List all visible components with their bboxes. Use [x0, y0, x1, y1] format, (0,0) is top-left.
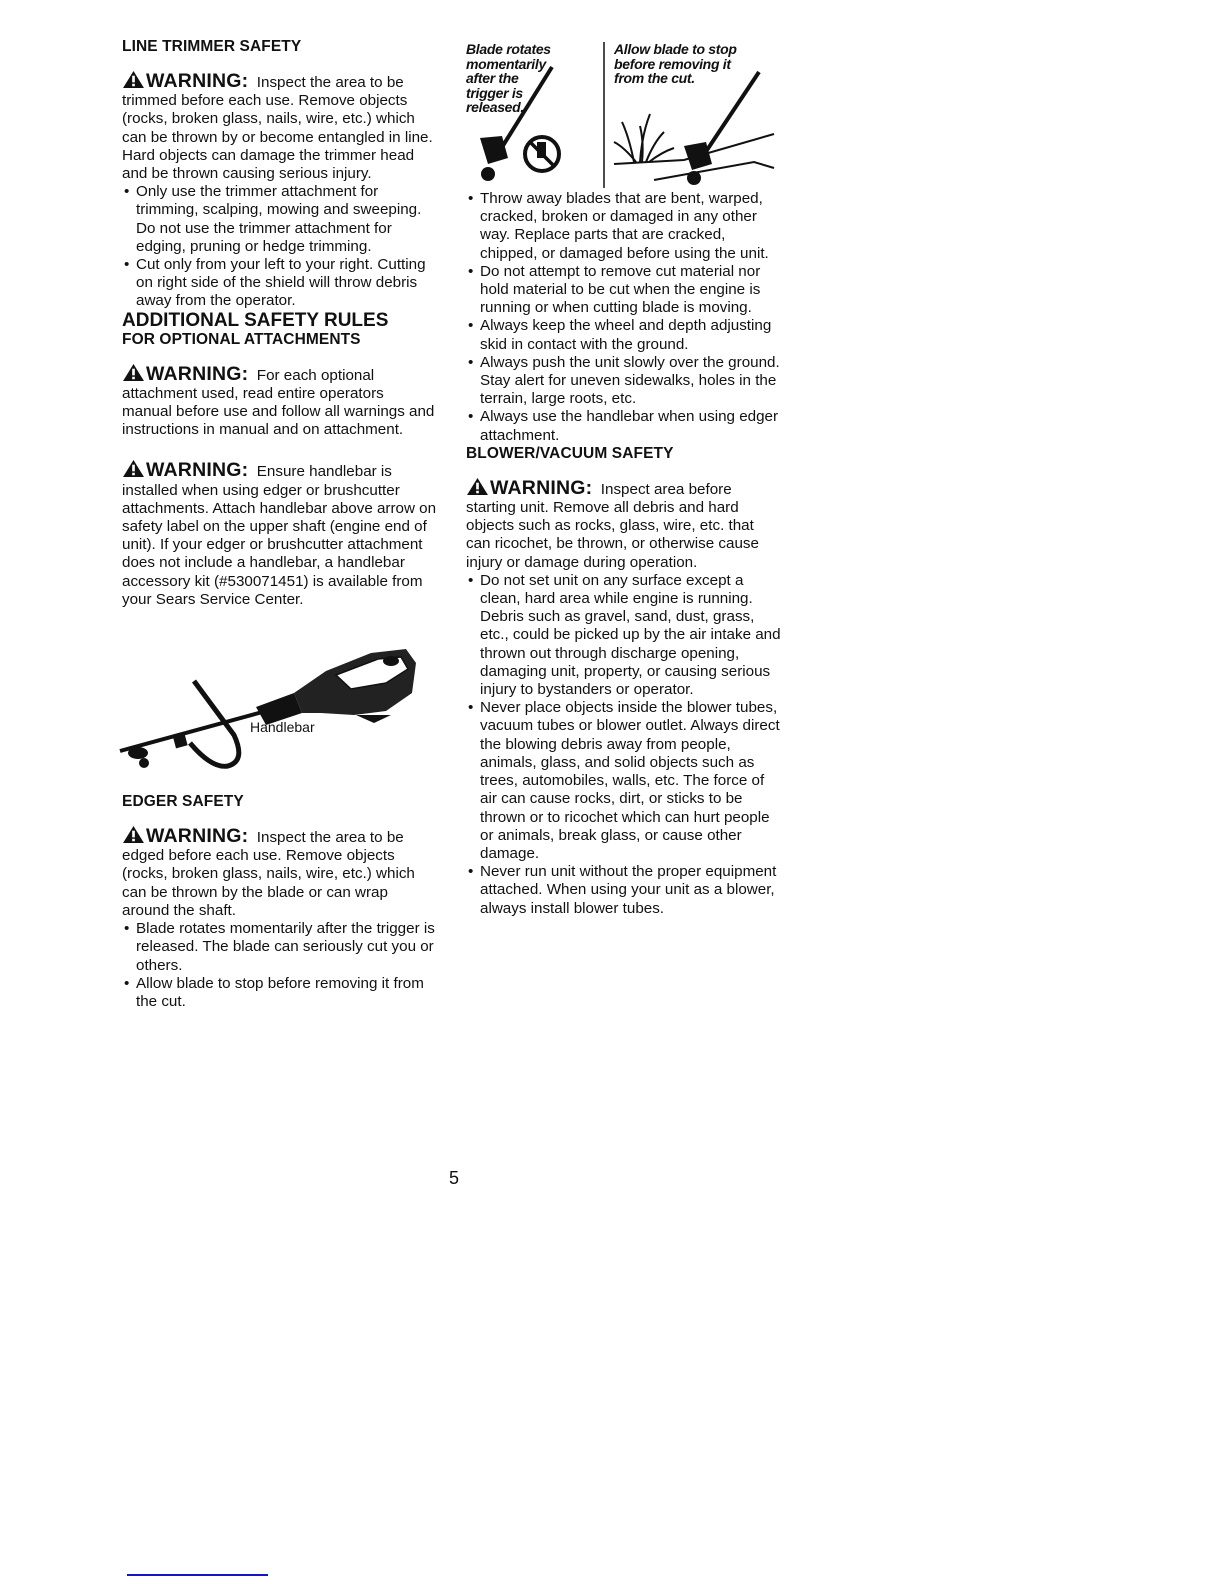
warning-triangle-icon — [466, 477, 489, 496]
edger-safety-icons — [454, 42, 784, 190]
blower-warning: WARNING: Inspect area before starting un… — [466, 477, 782, 572]
list-item: Always keep the wheel and depth adjustin… — [466, 317, 782, 353]
list-item: Do not set unit on any surface except a … — [466, 572, 782, 699]
warning-label: WARNING: — [146, 70, 248, 92]
additional-rules-heading: ADDITIONAL SAFETY RULES — [122, 311, 437, 331]
edger-warning: WARNING: Inspect the area to be edged be… — [122, 825, 437, 920]
handlebar-label: Handlebar — [250, 719, 315, 735]
warning-label: WARNING: — [146, 825, 248, 847]
line-trimmer-warning: WARNING: Inspect the area to be trimmed … — [122, 70, 437, 183]
handlebar-illustration: Handlebar — [122, 623, 437, 773]
left-column: LINE TRIMMER SAFETY WARNING: Inspect the… — [122, 38, 437, 1011]
list-item: Always push the unit slowly over the gro… — [466, 354, 782, 409]
right-column: Blade rotates momentarily after the trig… — [466, 42, 782, 918]
list-item: Blade rotates momentarily after the trig… — [122, 920, 437, 975]
list-item: Only use the trimmer attachment for trim… — [122, 183, 437, 256]
list-item: Cut only from your left to your right. C… — [122, 256, 437, 311]
edger-heading: EDGER SAFETY — [122, 793, 437, 811]
page-number: 5 — [449, 1168, 459, 1189]
blower-bullets: Do not set unit on any surface except a … — [466, 572, 782, 918]
blower-heading: BLOWER/VACUUM SAFETY — [466, 445, 782, 463]
line-trimmer-heading: LINE TRIMMER SAFETY — [122, 38, 437, 56]
list-item: Throw away blades that are bent, warped,… — [466, 190, 782, 263]
warning-label: WARNING: — [146, 459, 248, 481]
list-item: Always use the handlebar when using edge… — [466, 408, 782, 444]
edger-illustration: Blade rotates momentarily after the trig… — [454, 42, 784, 190]
list-item: Allow blade to stop before removing it f… — [122, 975, 437, 1011]
list-item: Never place objects inside the blower tu… — [466, 699, 782, 863]
footer-rule — [127, 1574, 268, 1576]
list-item: Do not attempt to remove cut material no… — [466, 263, 782, 318]
optional-attachment-warning: WARNING: For each optional attachment us… — [122, 363, 437, 440]
trimmer-with-handlebar-icon — [116, 623, 436, 773]
warning-triangle-icon — [122, 459, 145, 478]
list-item: Never run unit without the proper equipm… — [466, 863, 782, 918]
edger-more-bullets: Throw away blades that are bent, warped,… — [466, 190, 782, 445]
warning-text: Ensure handlebar is installed when using… — [122, 463, 436, 607]
edger-bullets: Blade rotates momentarily after the trig… — [122, 920, 437, 1011]
warning-triangle-icon — [122, 70, 145, 89]
warning-label: WARNING: — [146, 363, 248, 385]
additional-rules-subheading: FOR OPTIONAL ATTACHMENTS — [122, 331, 437, 349]
warning-triangle-icon — [122, 825, 145, 844]
warning-triangle-icon — [122, 363, 145, 382]
line-trimmer-bullets: Only use the trimmer attachment for trim… — [122, 183, 437, 310]
warning-label: WARNING: — [490, 477, 592, 499]
handlebar-warning: WARNING: Ensure handlebar is installed w… — [122, 459, 437, 609]
